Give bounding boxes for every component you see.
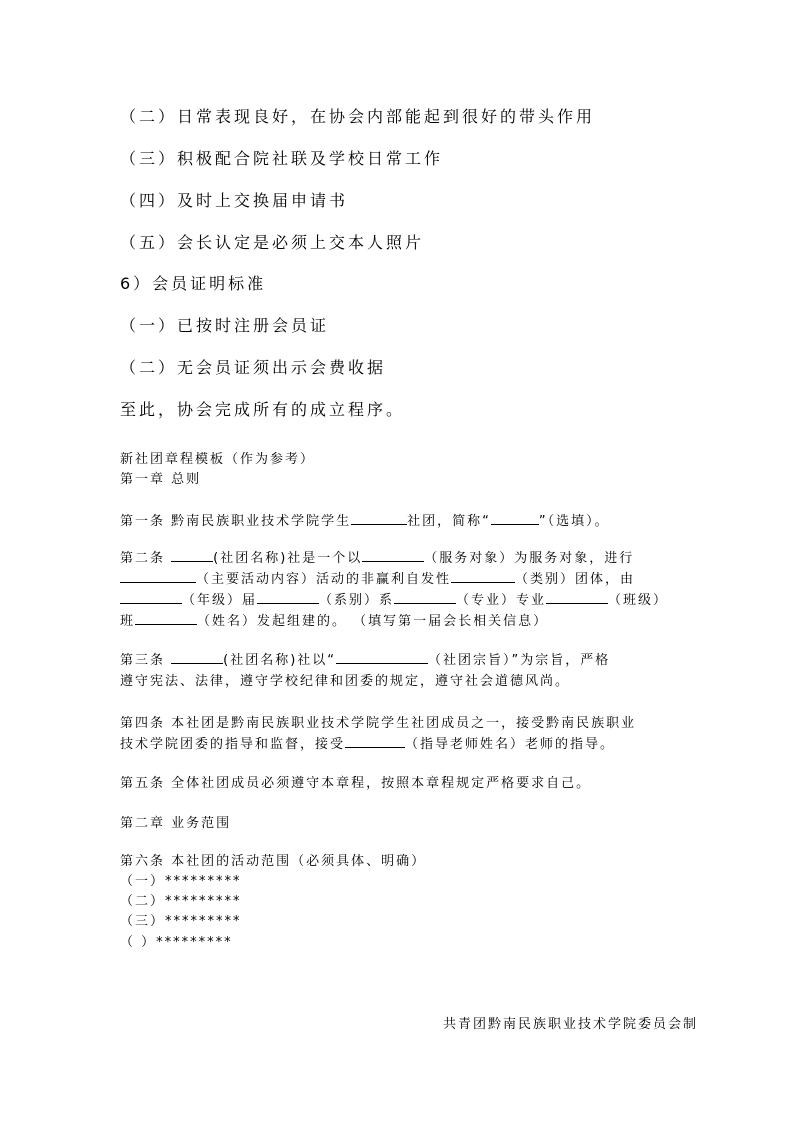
text: （年级）届 — [182, 593, 257, 608]
blank-club-name[interactable] — [171, 548, 213, 562]
article-3-line-2: 遵守宪法、法律，遵守学校纪律和团委的规定，遵守社会道德风尚。 — [120, 671, 680, 692]
text: 第二条 — [120, 551, 171, 566]
membership-item-2: （二）无会员证须出示会费收据 — [120, 358, 386, 378]
document-page: （二）日常表现良好，在协会内部能起到很好的带头作用 （三）积极配合院社联及学校日… — [0, 0, 793, 1122]
article-4-line-1: 第四条 本社团是黔南民族职业技术学院学生社团成员之一，接受黔南民族职业 — [120, 713, 680, 734]
text: （主要活动内容）活动的非赢利自发性 — [196, 572, 451, 587]
text: （系别）系 — [319, 593, 394, 608]
article-6-item-1: （一）********* — [120, 873, 242, 890]
prev-item-2: （二）日常表现良好，在协会内部能起到很好的带头作用 — [120, 107, 595, 127]
blank-name[interactable] — [135, 611, 197, 625]
text: （社团宗旨）”为宗旨，严格 — [428, 653, 610, 668]
blank-club-name[interactable] — [171, 650, 223, 664]
blank-advisor-name[interactable] — [345, 734, 405, 748]
article-3: 第三条 (社团名称)社以“（社团宗旨）”为宗旨，严格 遵守宪法、法律，遵守学校纪… — [120, 650, 680, 692]
text: （姓名）发起组建的。 （填写第一届会长相关信息） — [197, 614, 548, 629]
text: （指导老师姓名）老师的指导。 — [405, 737, 615, 752]
article-2-line-4: 班（姓名）发起组建的。 （填写第一届会长相关信息） — [120, 611, 680, 632]
article-6-item-3: （三）********* — [120, 913, 242, 930]
blank-category[interactable] — [451, 569, 515, 583]
blank-club-purpose[interactable] — [336, 650, 428, 664]
article-6-item-4: （ ）********* — [120, 934, 233, 951]
article-1-text-c: ”（选填）。 — [539, 514, 610, 529]
prev-item-4: （四）及时上交换届申请书 — [120, 191, 348, 211]
article-2-line-2: （主要活动内容）活动的非赢利自发性（类别）团体，由 — [120, 569, 680, 590]
article-4: 第四条 本社团是黔南民族职业技术学院学生社团成员之一，接受黔南民族职业 技术学院… — [120, 713, 680, 755]
article-1-text-b: 社团，简称“ — [407, 514, 491, 529]
article-2-line-1: 第二条 (社团名称)社是一个以（服务对象）为服务对象，进行 — [120, 548, 680, 569]
text: (社团名称)社是一个以 — [213, 551, 362, 566]
text: (社团名称)社以“ — [223, 653, 336, 668]
article-1: 第一条 黔南民族职业技术学院学生社团，简称“”（选填）。 — [120, 511, 610, 530]
article-3-line-1: 第三条 (社团名称)社以“（社团宗旨）”为宗旨，严格 — [120, 650, 680, 671]
blank-grade[interactable] — [120, 590, 182, 604]
article-2: 第二条 (社团名称)社是一个以（服务对象）为服务对象，进行 （主要活动内容）活动… — [120, 548, 680, 632]
text: 第三条 — [120, 653, 171, 668]
article-1-text-a: 第一条 黔南民族职业技术学院学生 — [120, 514, 351, 529]
membership-heading: 6）会员证明标准 — [120, 274, 266, 294]
blank-service-target[interactable] — [362, 548, 424, 562]
article-2-line-3: （年级）届（系别）系（专业）专业（班级） — [120, 590, 680, 611]
article-6-item-2: （二）********* — [120, 893, 242, 910]
blank-abbreviation[interactable] — [491, 511, 539, 525]
prev-item-3: （三）积极配合院社联及学校日常工作 — [120, 149, 443, 169]
prev-item-5: （五）会长认定是必须上交本人照片 — [120, 233, 424, 253]
text: （专业）专业 — [456, 593, 546, 608]
article-6-title: 第六条 本社团的活动范围（必须具体、明确） — [120, 853, 426, 870]
blank-department[interactable] — [257, 590, 319, 604]
blank-major[interactable] — [394, 590, 456, 604]
chapter-2-heading: 第二章 业务范围 — [120, 815, 231, 832]
article-4-line-2: 技术学院团委的指导和监督，接受（指导老师姓名）老师的指导。 — [120, 734, 680, 755]
template-title: 新社团章程模板（作为参考） — [120, 451, 315, 468]
membership-item-1: （一）已按时注册会员证 — [120, 316, 329, 336]
blank-club-type[interactable] — [351, 511, 407, 525]
article-5: 第五条 全体社团成员必须遵守本章程，按照本章程规定严格要求自己。 — [120, 775, 591, 792]
text: （班级） — [608, 593, 668, 608]
text: 技术学院团委的指导和监督，接受 — [120, 737, 345, 752]
footer-issuer: 共青团黔南民族职业技术学院委员会制 — [443, 1013, 698, 1032]
text: 班 — [120, 614, 135, 629]
text: （服务对象）为服务对象，进行 — [424, 551, 634, 566]
chapter-1-heading: 第一章 总则 — [120, 471, 201, 488]
blank-class[interactable] — [546, 590, 608, 604]
blank-main-activity[interactable] — [120, 569, 196, 583]
conclusion: 至此，协会完成所有的成立程序。 — [120, 400, 405, 420]
text: （类别）团体，由 — [515, 572, 635, 587]
